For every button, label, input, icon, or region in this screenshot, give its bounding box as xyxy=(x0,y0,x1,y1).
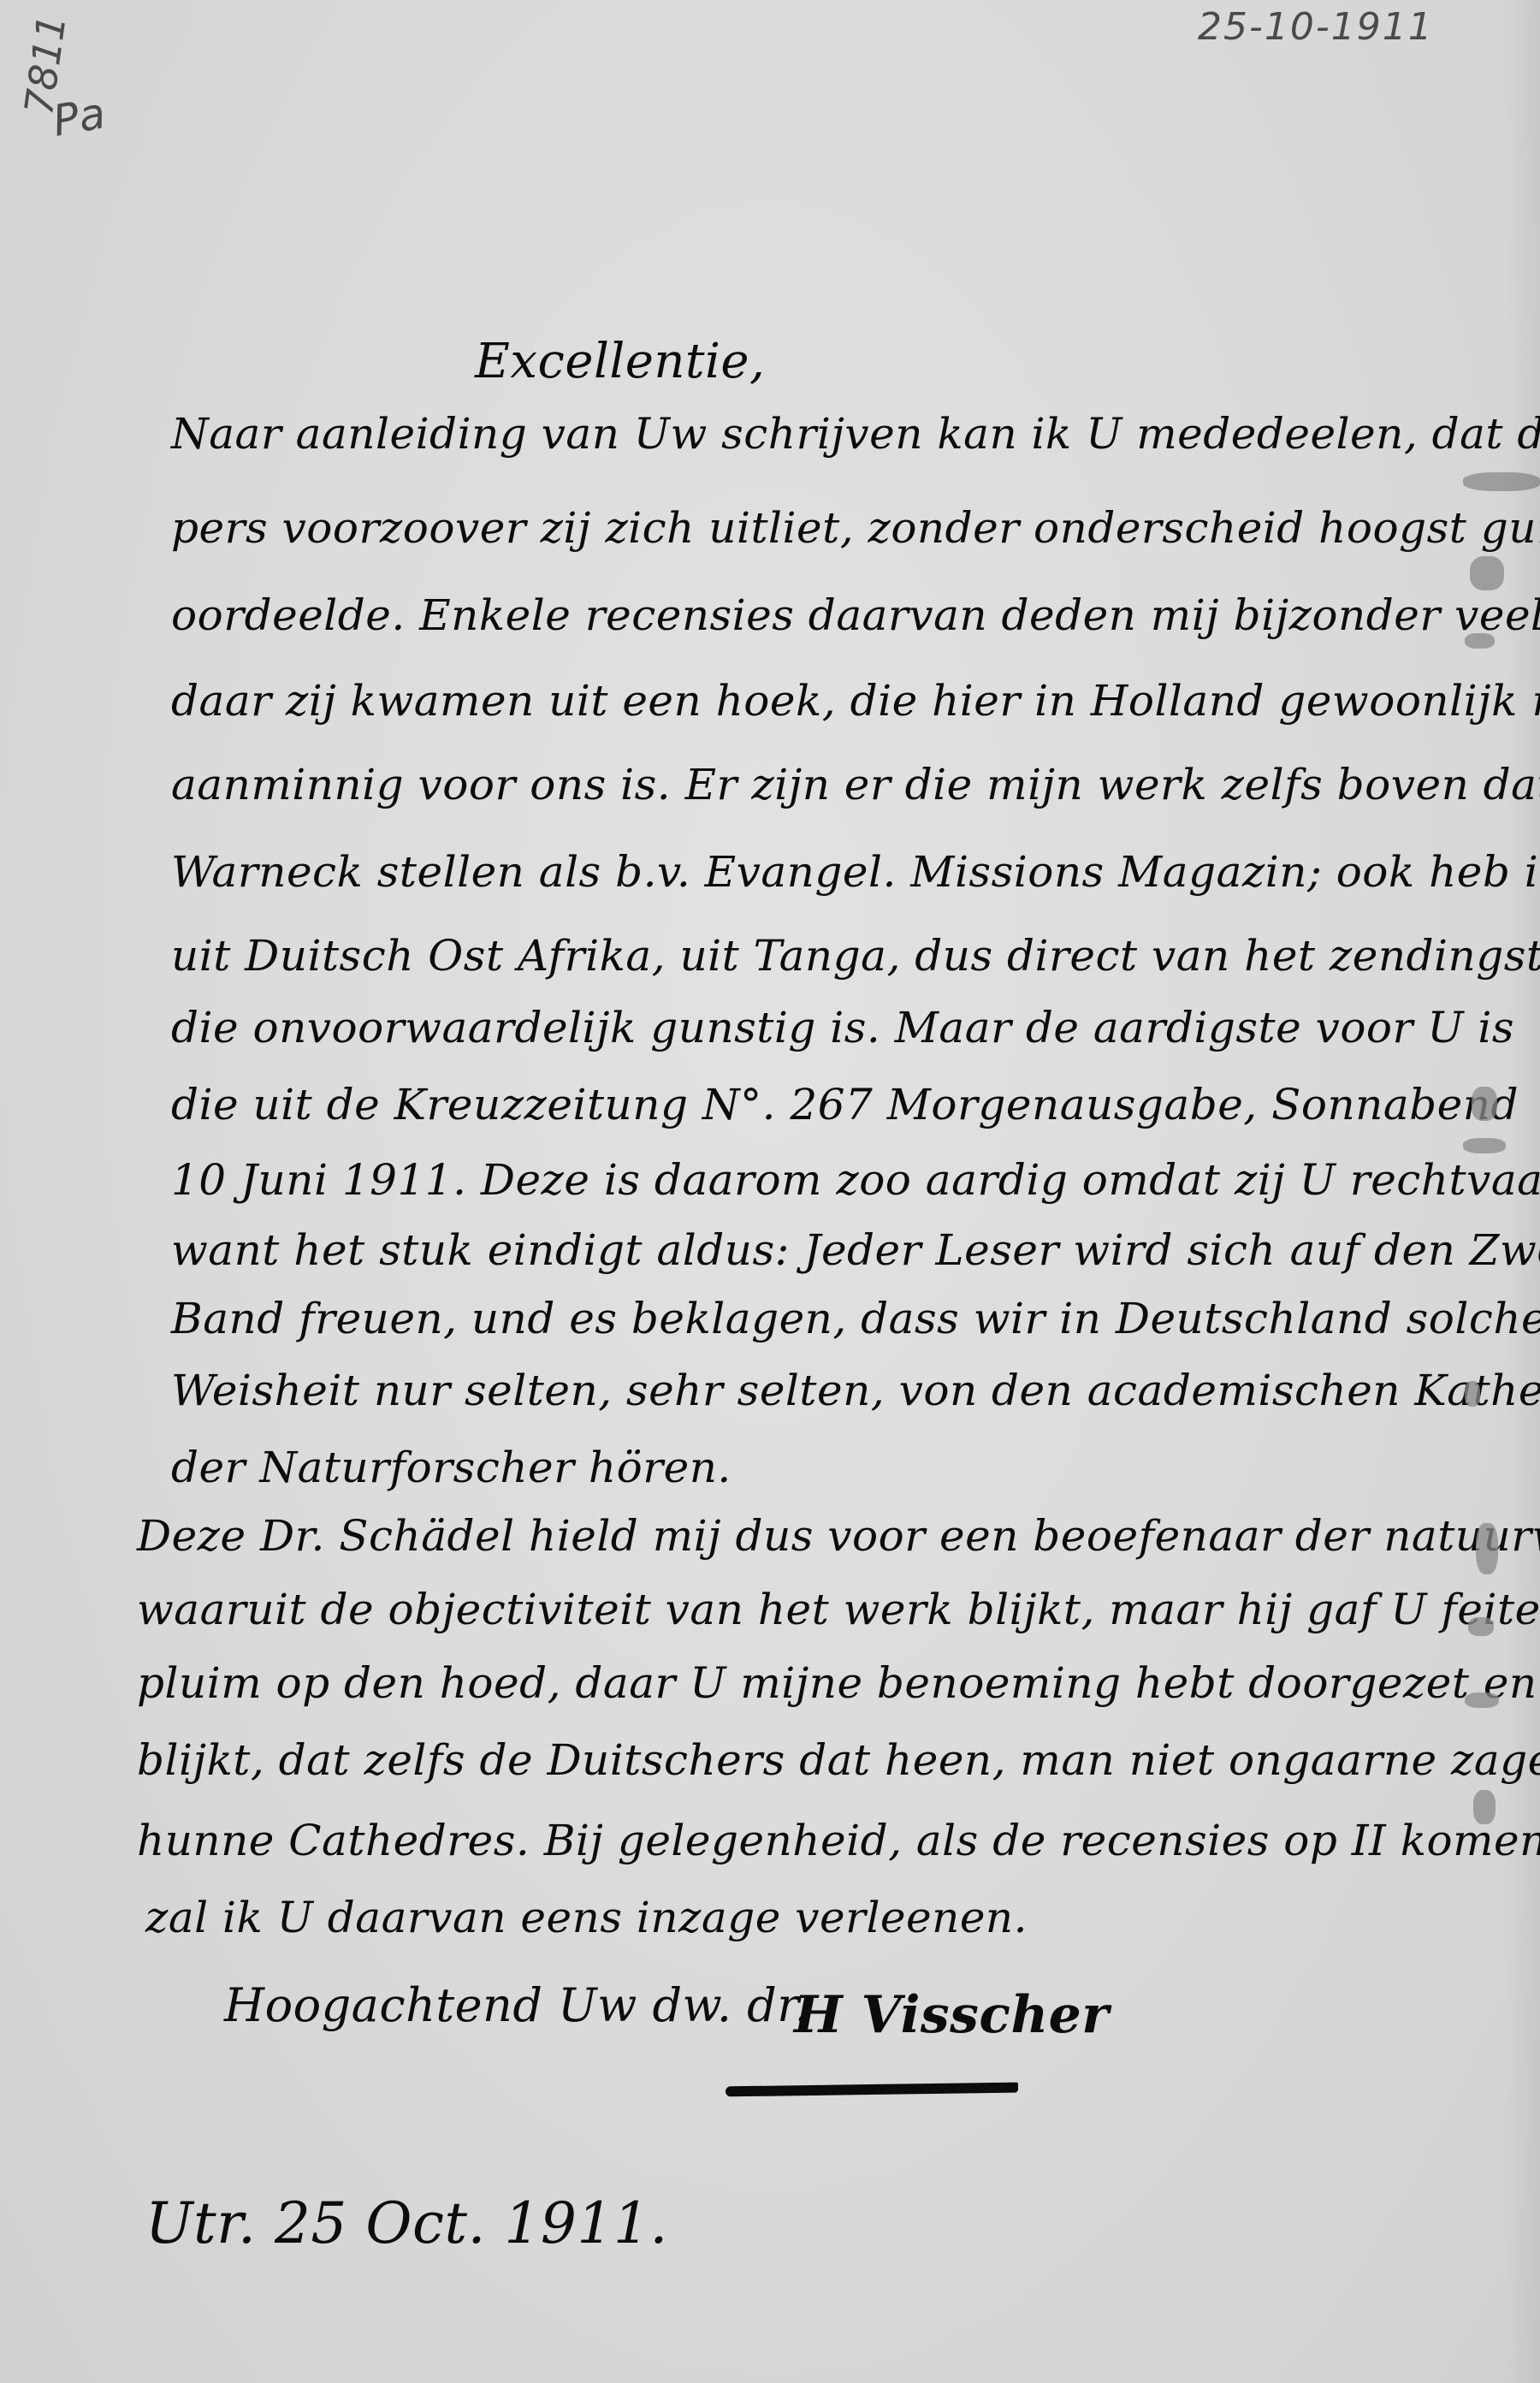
ink-bleed-mark xyxy=(1476,1523,1498,1574)
signature-underline xyxy=(726,2083,1018,2097)
body-line: daar zij kwamen uit een hoek, die hier i… xyxy=(171,676,1540,726)
body-line: Band freuen, und es beklagen, dass wir i… xyxy=(171,1294,1540,1343)
ink-bleed-mark xyxy=(1465,1381,1480,1407)
letter-page: 7811 Pa 25-10-1911 Excellentie, Naar aan… xyxy=(0,0,1540,2383)
ink-bleed-mark xyxy=(1463,472,1540,491)
salutation: Excellentie, xyxy=(475,334,765,389)
body-line: 10 Juni 1911. Deze is daarom zoo aardig … xyxy=(171,1155,1540,1205)
ink-bleed-mark xyxy=(1473,1790,1496,1824)
body-line: zal ik U daarvan eens inzage verleenen. xyxy=(145,1893,1028,1942)
body-line: aanminnig voor ons is. Er zijn er die mi… xyxy=(171,760,1540,809)
body-line: Weisheit nur selten, sehr selten, von de… xyxy=(171,1366,1540,1415)
body-line: die onvoorwaardelijk gunstig is. Maar de… xyxy=(171,1003,1514,1052)
body-line: uit Duitsch Ost Afrika, uit Tanga, dus d… xyxy=(171,931,1540,981)
archive-date-stamp: 25-10-1911 xyxy=(1198,5,1434,49)
body-line: pluim op den hoed, daar U mijne benoemin… xyxy=(137,1658,1540,1708)
body-line: oordeelde. Enkele recensies daarvan dede… xyxy=(171,590,1540,640)
body-line: Warneck stellen als b.v. Evangel. Missio… xyxy=(171,847,1540,897)
body-line: der Naturforscher hören. xyxy=(171,1443,731,1492)
ink-bleed-mark xyxy=(1465,1692,1499,1708)
place-and-date: Utr. 25 Oct. 1911. xyxy=(145,2190,668,2256)
body-line: die uit de Kreuzzeitung N°. 267 Morgenau… xyxy=(171,1080,1519,1129)
body-line: pers voorzoover zij zich uitliet, zonder… xyxy=(171,503,1540,553)
ink-bleed-mark xyxy=(1465,633,1495,649)
body-line: Naar aanleiding van Uw schrijven kan ik … xyxy=(171,409,1540,459)
body-line: blijkt, dat zelfs de Duitschers dat heen… xyxy=(137,1735,1540,1785)
ink-bleed-mark xyxy=(1470,556,1504,590)
ink-bleed-mark xyxy=(1463,1138,1506,1153)
signature: H Visscher xyxy=(794,1985,1109,2045)
ink-bleed-mark xyxy=(1468,1617,1494,1636)
archive-initials: Pa xyxy=(49,88,109,146)
body-line: want het stuk eindigt aldus: Jeder Leser… xyxy=(171,1225,1540,1275)
body-line: Deze Dr. Schädel hield mij dus voor een … xyxy=(137,1511,1540,1561)
ink-bleed-mark xyxy=(1472,1087,1497,1121)
body-line: hunne Cathedres. Bij gelegenheid, als de… xyxy=(137,1816,1540,1865)
body-line: waaruit de objectiviteit van het werk bl… xyxy=(137,1585,1540,1634)
closing-formula: Hoogachtend Uw dw. dr. xyxy=(224,1978,809,2032)
